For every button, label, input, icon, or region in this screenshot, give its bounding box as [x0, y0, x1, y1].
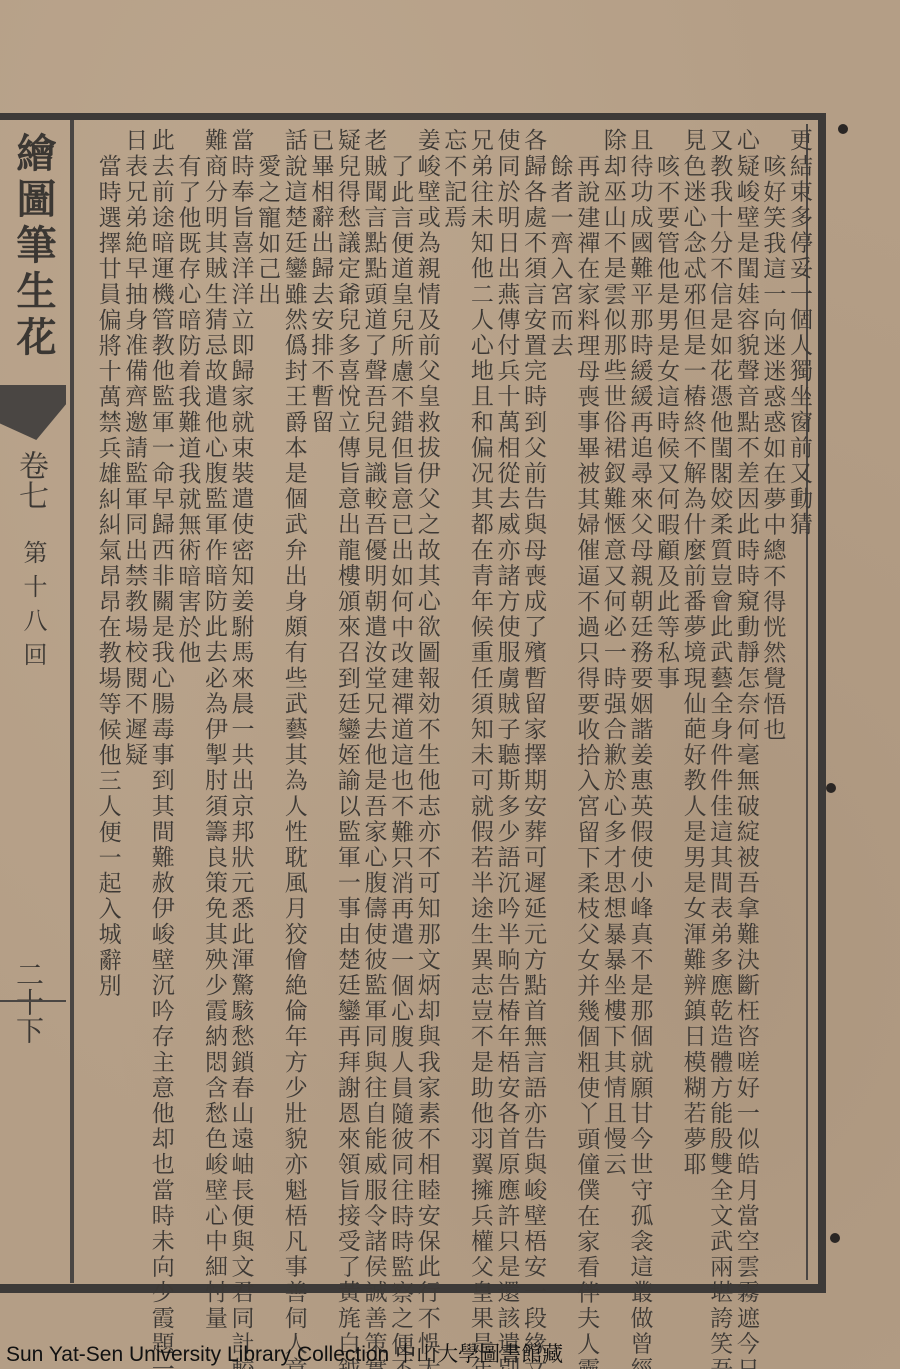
text-column: 除却巫山不是雲似那些世俗裙釵難愜意又何必一時强合歉於心多才思想暴暴坐樓下其情且慢…	[599, 128, 626, 1278]
binding-hole-icon	[830, 1233, 840, 1243]
main-text-body: 更結束多停妥一個人獨坐窗前又動猜 咳好笑我這一向迷迷惑惑如在夢中總不得恍然覺悟也…	[82, 128, 812, 1278]
binding-hole-icon	[838, 124, 848, 134]
text-column: 有了他既存心暗防着我難道我就無術暗害於他	[174, 128, 201, 1278]
fishtail-mark-icon	[0, 385, 66, 440]
binding-hole-icon	[826, 783, 836, 793]
text-column: 姜峻壁或為親情及前父皇救拔伊父之故其心欲圖報効不生他志亦不可知那文炳却與我家素不…	[413, 128, 440, 1278]
block-center-banner: 繪圖筆生花 卷七 第十八回 二十下	[0, 120, 74, 1283]
text-column: 再說建禪在家料理母喪事畢被其婦催逼不過只得要收拾入宮留下柔枝父女并幾個粗使丫頭僮…	[573, 128, 600, 1278]
chapter-label: 第十八回	[16, 540, 51, 676]
text-column: 使同於明日出燕傳付兵十萬相從去威亦諸方使服虜賊子聽斯多少語沉吟半晌告椿年梧安各首…	[493, 128, 520, 1278]
text-column: 疑兒得愁議定爺兒多喜悅立傳旨意出龍樓頒來召到廷鑾姪諭以監軍一事由楚廷鑾再拜謝恩來…	[333, 128, 360, 1278]
text-column: 咳好笑我這一向迷迷惑惑如在夢中總不得恍然覺悟也	[759, 128, 786, 1278]
text-column: 咳不要管他是男是女這時候又何暇顧及此等私事	[652, 128, 679, 1278]
text-column: 當時選擇廿員偏將十萬禁兵雄糾糾氣昂昂在教場等候他三人便一起入城辭別	[94, 128, 121, 1278]
volume-label: 卷七	[8, 450, 52, 510]
text-column: 餘者一齊入宮而去	[546, 128, 573, 1278]
text-column: 兄弟往未知他二人心地且和偏况其都在青年候重任須知未可就假若半途生異志豈不是助他羽…	[466, 128, 493, 1278]
text-column: 了此言便道皇兒所慮不錯但旨意已出如何中改建禪道這也不難只消再遣一個心腹人員隨彼同…	[387, 128, 414, 1278]
text-column: 心疑峻壁是閨娃容貌聲音點不差因此時時窺動靜怎奈何毫無破綻被吾拿難決斷枉咨嗟好一似…	[732, 128, 759, 1278]
text-column: 此去前途暗運機管教他監軍一命早歸西非關是我心腸毒事到其間難赦伊峻壁沉吟存主意他却…	[147, 128, 174, 1278]
text-column: 更結束多停妥一個人獨坐窗前又動猜	[785, 128, 812, 1278]
text-column: 又教我十分不信是如花憑他閨閣姣柔質豈會此武藝全身件件佳這其間表弟多應乾造體方能殷…	[706, 128, 733, 1278]
text-column: 且待功成國難平那時緩緩再追尋來父母親朝廷務要姻諧姜惠英假使小峰真不是那個就願甘今…	[626, 128, 653, 1278]
text-column: 老賊聞言點點頭道了聲吾兒見識較吾優明朝遣汝堂兄去他是吾家心腹儔使彼監軍同與往自能…	[360, 128, 387, 1278]
page-number: 二十下	[8, 960, 48, 1044]
text-column: 愛之寵如己出	[254, 128, 281, 1278]
text-column: 難商分明其賊生猜忌故遣他心腹監軍作暗防此去必為伊掣肘須籌良策免其殃少霞納悶含愁色…	[200, 128, 227, 1278]
library-caption: Sun Yat-Sen University Library Collectio…	[6, 1338, 563, 1368]
text-column: 已畢相辭出歸去安排不暫留	[307, 128, 334, 1278]
text-column: 各歸各處不須言安置完時到父前告與母喪成了殯暫留家擇期安葬可遲延元方點首無言語亦告…	[519, 128, 546, 1278]
text-column: 忘不記焉	[440, 128, 467, 1278]
book-title: 繪圖筆生花	[0, 132, 66, 362]
text-column: 見色迷心念忒邪但是一樁終不解為什麼前番夢境現仙葩好教人是男是女渾難辨鎮日模糊若夢…	[679, 128, 706, 1278]
text-column: 當時奉旨喜洋洋立即歸家就束裝遣使密知姜駙馬來晨一共出京邦狀元悉此渾驚駭愁鎖春山遠…	[227, 128, 254, 1278]
text-column: 話說這楚廷鑾雖然僞封王爵本是個武弁出身頗有些武藝其為人性耽風月狡儈絶倫年方少壯貌…	[280, 128, 307, 1278]
text-column: 日表兄弟絶早抽身准備齊邀請監軍同出禁教場校閱不遲疑	[121, 128, 148, 1278]
page-number-rule	[0, 1000, 66, 1002]
